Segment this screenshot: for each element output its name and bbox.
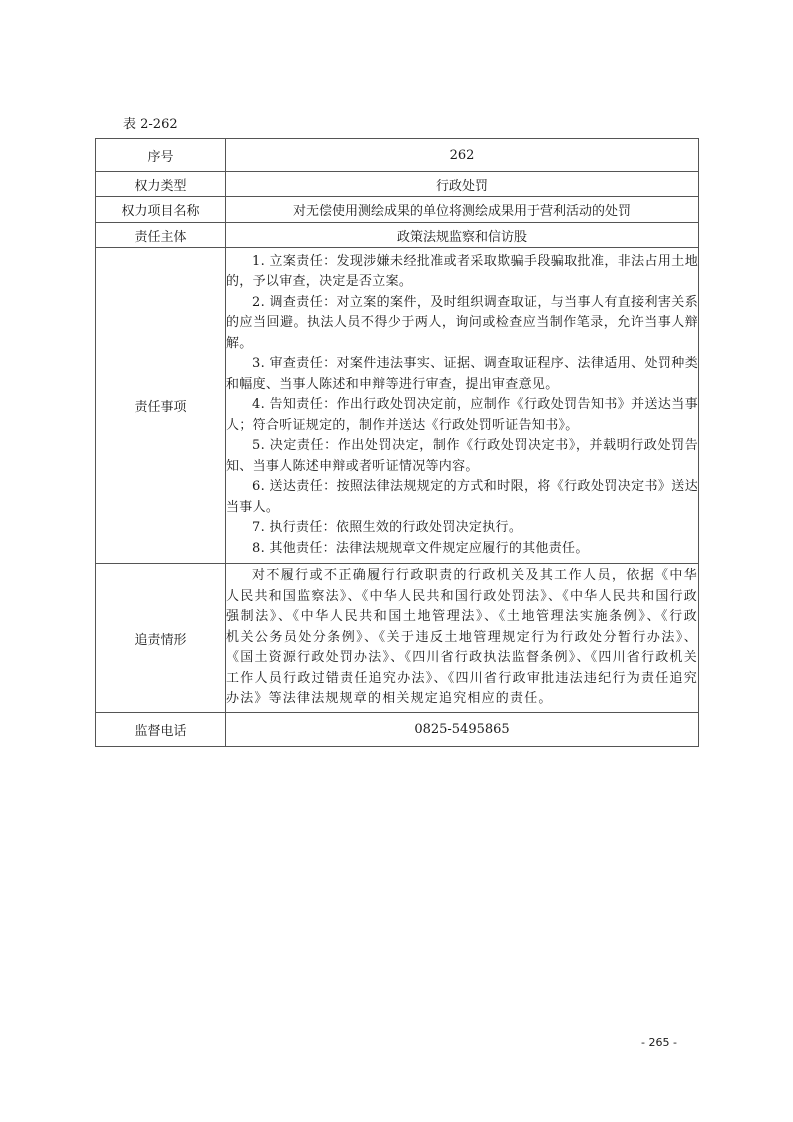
- responsibility-item: 3. 审查责任：对案件违法事实、证据、调查取证程序、法律适用、处罚种类和幅度、当…: [226, 354, 698, 395]
- item-name-value: 对无偿使用测绘成果的单位将测绘成果用于营利活动的处罚: [226, 197, 699, 223]
- supervision-phone-label: 监督电话: [96, 713, 226, 747]
- responsibility-item: 2. 调查责任：对立案的案件，及时组织调查取证，与当事人有直接利害关系的应当回避…: [226, 293, 698, 355]
- responsibility-item: 8. 其他责任：法律法规规章文件规定应履行的其他责任。: [226, 539, 698, 560]
- row-responsible-body: 责任主体 政策法规监察和信访股: [96, 223, 699, 248]
- power-type-value: 行政处罚: [226, 172, 699, 197]
- responsibility-item: 7. 执行责任：依照生效的行政处罚决定执行。: [226, 518, 698, 539]
- serial-value: 262: [226, 139, 699, 172]
- responsibilities-label: 责任事项: [96, 248, 226, 564]
- responsibility-item: 1. 立案责任：发现涉嫌未经批准或者采取欺骗手段骗取批准，非法占用土地的，予以审…: [226, 252, 698, 293]
- accountability-label: 追责情形: [96, 564, 226, 713]
- row-serial: 序号 262: [96, 139, 699, 172]
- row-supervision-phone: 监督电话 0825-5495865: [96, 713, 699, 747]
- power-type-label: 权力类型: [96, 172, 226, 197]
- page-number: - 265 -: [641, 1036, 677, 1049]
- responsibility-item: 4. 告知责任：作出行政处罚决定前，应制作《行政处罚告知书》并送达当事人；符合听…: [226, 395, 698, 436]
- row-power-type: 权力类型 行政处罚: [96, 172, 699, 197]
- responsible-body-value: 政策法规监察和信访股: [226, 223, 699, 248]
- accountability-cell: 对不履行或不正确履行行政职责的行政机关及其工作人员，依据《中华人民共和国监察法》…: [226, 564, 699, 713]
- power-item-table: 序号 262 权力类型 行政处罚 权力项目名称 对无偿使用测绘成果的单位将测绘成…: [95, 138, 699, 747]
- responsibility-item: 5. 决定责任：作出处罚决定，制作《行政处罚决定书》，并载明行政处罚告知、当事人…: [226, 436, 698, 477]
- serial-label: 序号: [96, 139, 226, 172]
- supervision-phone-value: 0825-5495865: [226, 713, 699, 747]
- table-caption: 表 2-262: [123, 117, 178, 133]
- responsible-body-label: 责任主体: [96, 223, 226, 248]
- item-name-label: 权力项目名称: [96, 197, 226, 223]
- row-item-name: 权力项目名称 对无偿使用测绘成果的单位将测绘成果用于营利活动的处罚: [96, 197, 699, 223]
- accountability-text: 对不履行或不正确履行行政职责的行政机关及其工作人员，依据《中华人民共和国监察法》…: [226, 566, 698, 710]
- row-responsibilities: 责任事项 1. 立案责任：发现涉嫌未经批准或者采取欺骗手段骗取批准，非法占用土地…: [96, 248, 699, 564]
- responsibility-item: 6. 送达责任：按照法律法规规定的方式和时限，将《行政处罚决定书》送达当事人。: [226, 477, 698, 518]
- row-accountability: 追责情形 对不履行或不正确履行行政职责的行政机关及其工作人员，依据《中华人民共和…: [96, 564, 699, 713]
- responsibilities-list: 1. 立案责任：发现涉嫌未经批准或者采取欺骗手段骗取批准，非法占用土地的，予以审…: [226, 248, 699, 564]
